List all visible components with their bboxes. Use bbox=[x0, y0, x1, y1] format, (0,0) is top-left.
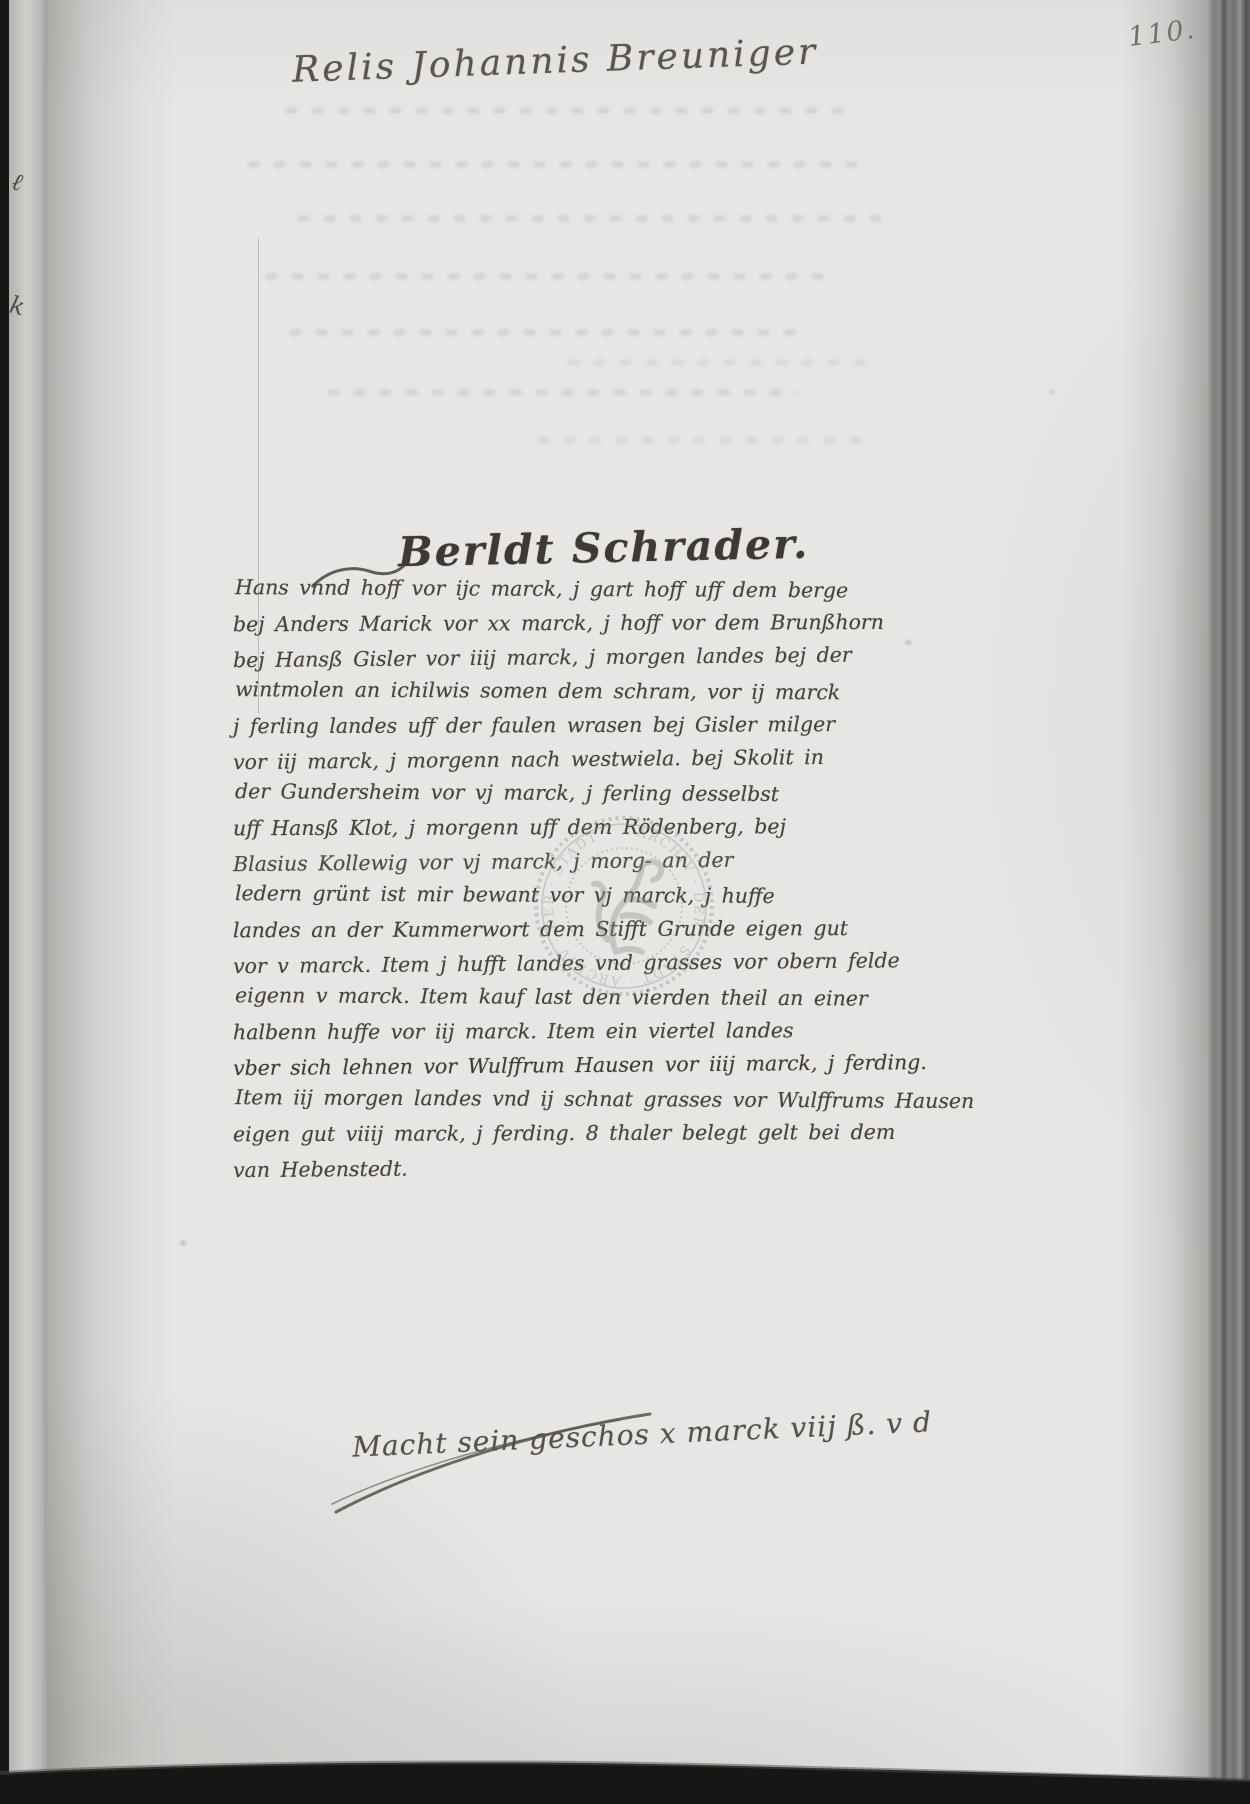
margin-mark: k bbox=[7, 291, 28, 322]
bleed-row bbox=[298, 216, 888, 221]
body-line: bej Hansß Gisler vor iiij marck, j morge… bbox=[233, 637, 948, 677]
body-line: vor iij marck, j morgenn nach westwiela.… bbox=[233, 739, 948, 779]
lion-rampant-icon bbox=[594, 862, 661, 953]
bleed-through bbox=[238, 108, 1018, 443]
body-line: eigen gut viiij marck, j ferding. 8 thal… bbox=[233, 1115, 948, 1151]
gutter-shadow bbox=[47, 0, 177, 1804]
header-title: Relis Johannis Breuniger bbox=[291, 30, 852, 91]
bleed-row bbox=[290, 330, 810, 335]
section-heading-text: Berldt Schrader. bbox=[398, 520, 810, 577]
manuscript-scan-page: 110. Relis Johannis Breuniger Berldt Sch… bbox=[0, 0, 1250, 1804]
body-line: Item iij morgen landes vnd ij schnat gra… bbox=[235, 1080, 950, 1118]
bottom-edge-shadow bbox=[0, 1749, 1250, 1804]
archive-stamp: · ARCHIV · DER · STADT · ARCHIV · DER · … bbox=[530, 812, 718, 1000]
body-line: wintmolen an ichilwis somen dem schram, … bbox=[235, 672, 950, 710]
bleed-row bbox=[538, 438, 868, 443]
body-line: Hans vnnd hoff vor ijc marck, j gart hof… bbox=[235, 570, 950, 608]
body-line: j ferling landes uff der faulen wrasen b… bbox=[233, 707, 948, 743]
body-line: halbenn huffe vor iij marck. Item ein vi… bbox=[233, 1013, 948, 1049]
body-line: bej Anders Marick vor xx marck, j hoff v… bbox=[233, 605, 948, 641]
bleed-row bbox=[328, 390, 798, 395]
bleed-row bbox=[568, 360, 868, 365]
margin-mark: ℓ bbox=[9, 167, 26, 198]
section-heading: Berldt Schrader. bbox=[398, 520, 810, 577]
right-edge-shadow bbox=[1120, 0, 1208, 1804]
bleed-row bbox=[248, 162, 868, 167]
paper-speck bbox=[1050, 390, 1055, 394]
bleed-row bbox=[286, 108, 846, 113]
previous-page-edge: ℓ k bbox=[9, 0, 47, 1804]
body-line: van Hebenstedt. bbox=[233, 1147, 948, 1187]
left-binding-edge bbox=[0, 0, 9, 1804]
page-stack-edge bbox=[1208, 0, 1250, 1804]
paper-speck bbox=[180, 1240, 186, 1246]
bleed-row bbox=[266, 274, 826, 279]
body-line: der Gundersheim vor vj marck, j ferling … bbox=[235, 774, 950, 812]
body-line: vber sich lehnen vor Wulffrum Hausen vor… bbox=[233, 1045, 948, 1085]
